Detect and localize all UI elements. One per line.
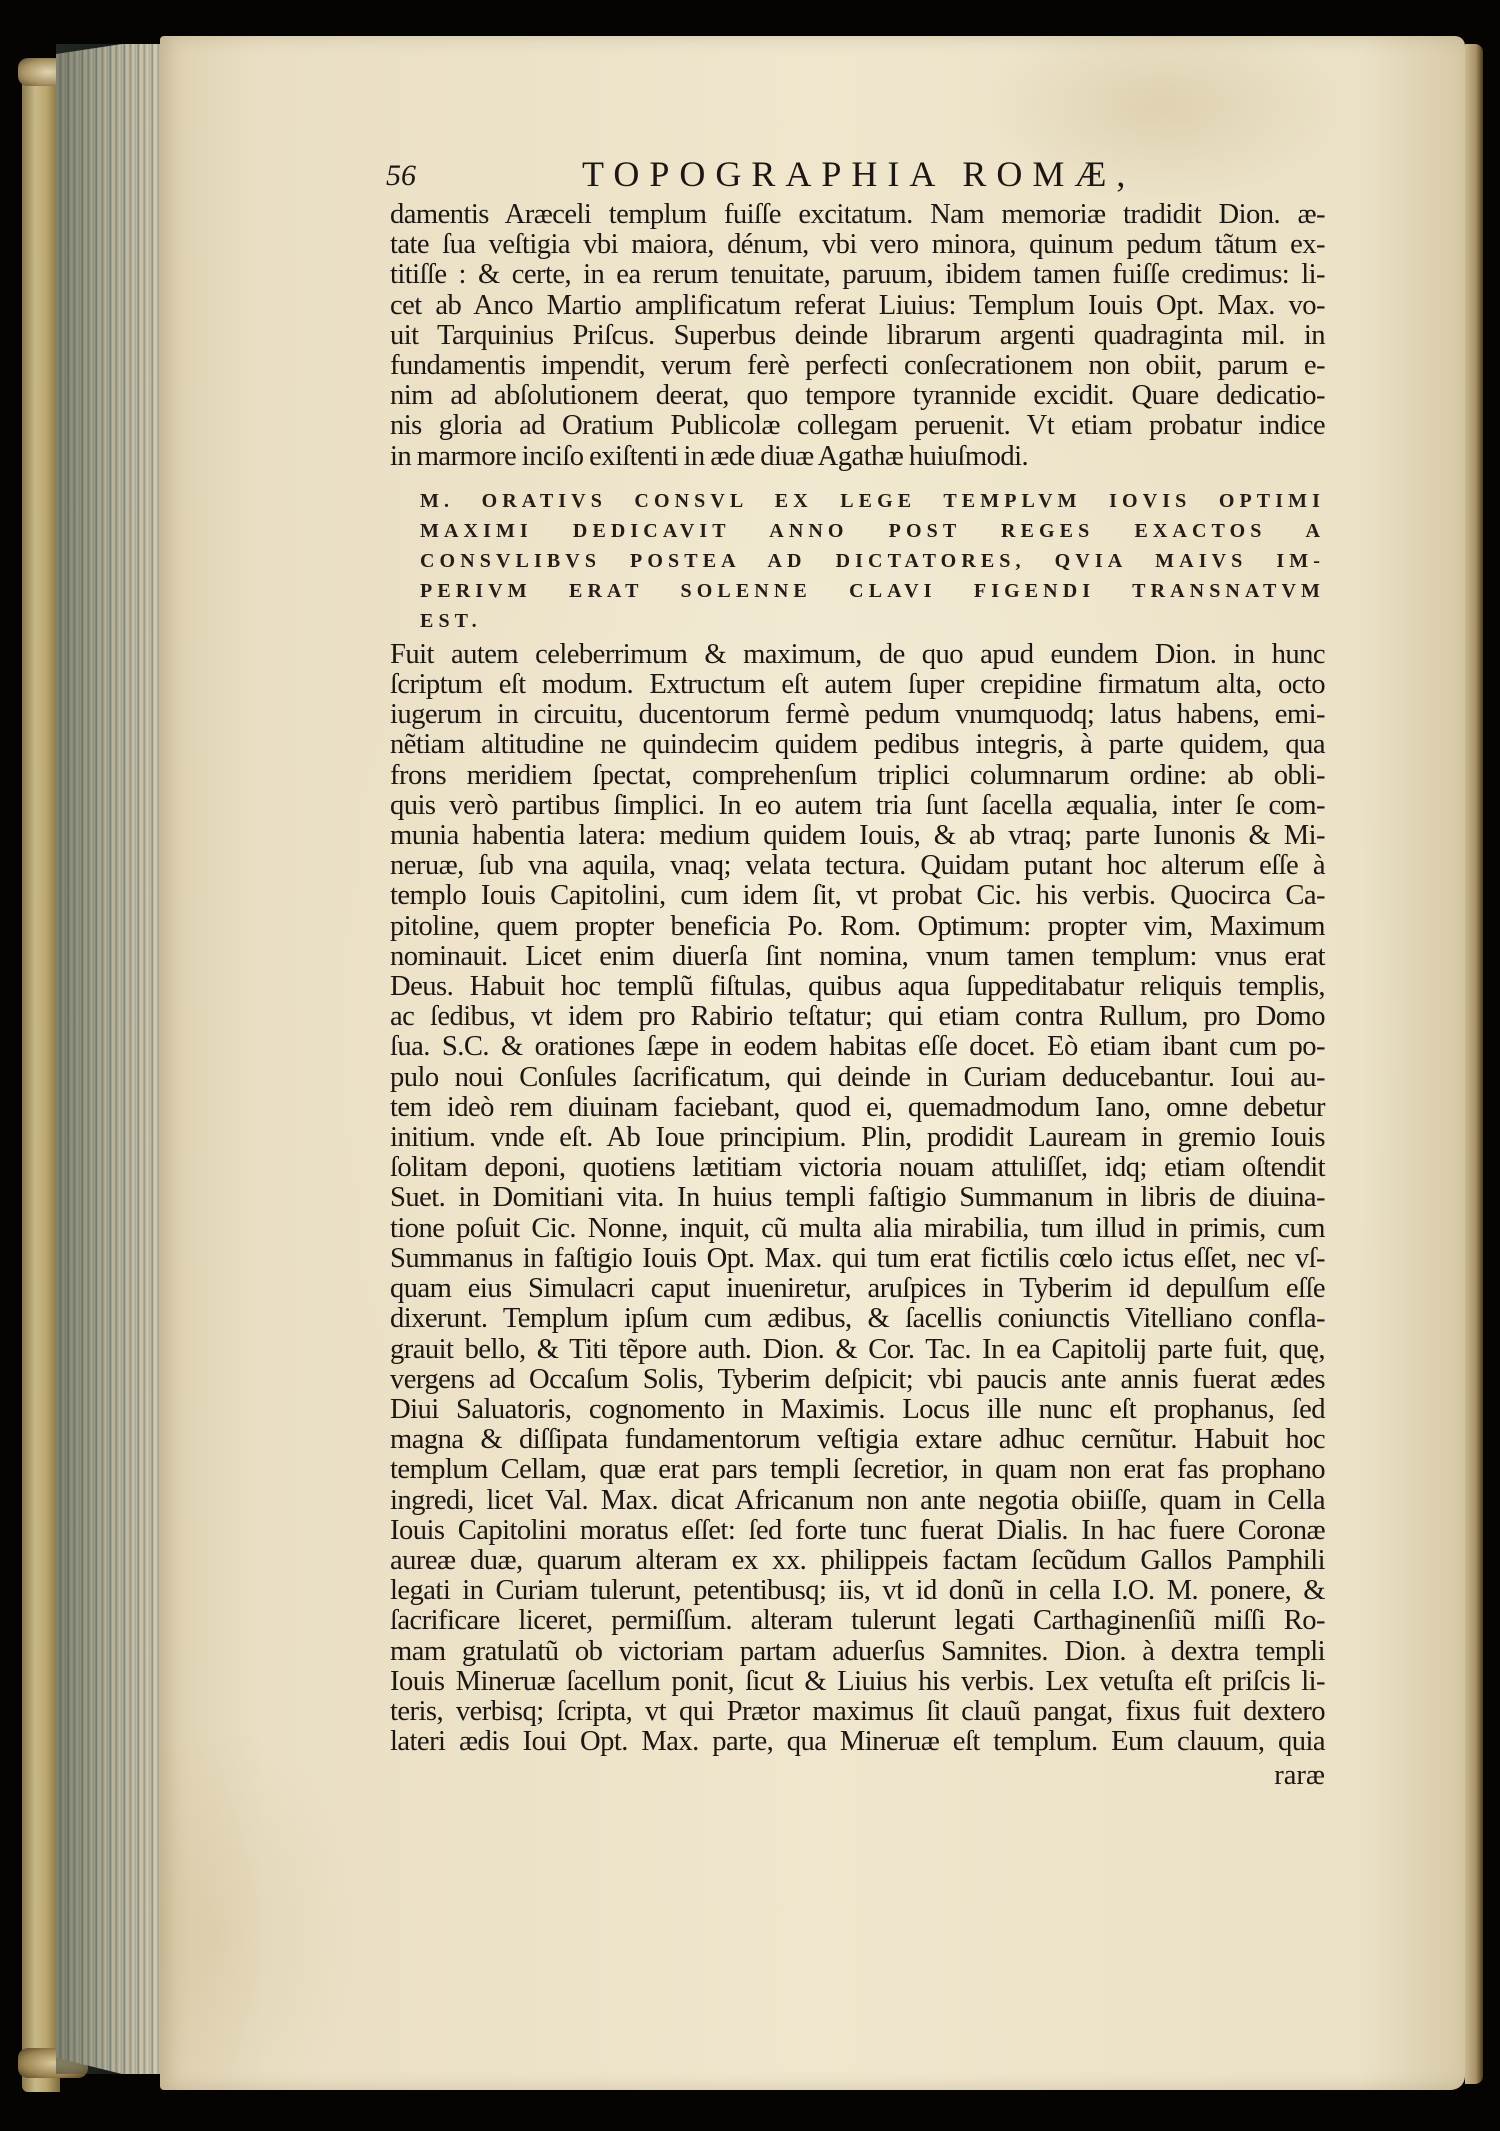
text-line: magna & diſſipata fundamentorum veſtigia…	[390, 1425, 1325, 1455]
text-line: ſua. S.C. & orationes ſæpe in eodem habi…	[390, 1032, 1325, 1062]
text-line: damentis Aræceli templum fuiſſe excitatu…	[390, 200, 1325, 230]
text-line: iugerum in circuitu, ducentorum fermè pe…	[390, 700, 1325, 730]
text-line: titiſſe : & certe, in ea rerum tenuitate…	[390, 260, 1325, 290]
text-line: nominauit. Licet enim diuerſa ſint nomin…	[390, 942, 1325, 972]
text-line: Iouis Capitolini moratus eſſet: ſed fort…	[390, 1516, 1325, 1546]
text-line: vergens ad Occaſum Solis, Tyberim deſpic…	[390, 1365, 1325, 1395]
text-line: nis gloria ad Oratium Publicolæ collegam…	[390, 411, 1325, 441]
text-line: Suet. in Domitiani vita. In huius templi…	[390, 1183, 1325, 1213]
text-line: Summanus in faſtigio Iouis Opt. Max. qui…	[390, 1244, 1325, 1274]
text-line: Diui Saluatoris, cognomento in Maximis. …	[390, 1395, 1325, 1425]
text-line: tate ſua veſtigia vbi maiora, dénum, vbi…	[390, 230, 1325, 260]
text-line: aureæ duæ, quarum alteram ex xx. philipp…	[390, 1546, 1325, 1576]
running-head: 56 TOPOGRAPHIA ROMÆ,	[390, 148, 1325, 200]
text-line: pulo noui Conſules ſacrificatum, qui dei…	[390, 1063, 1325, 1093]
text-line: lateri ædis Ioui Opt. Max. parte, qua Mi…	[390, 1727, 1325, 1757]
text-line: tem ideò rem diuinam faciebant, quod ei,…	[390, 1093, 1325, 1123]
page-edges-stack	[56, 44, 166, 2074]
inscription-line: M. ORATIVS CONSVL EX LEGE TEMPLVM IOVIS …	[420, 486, 1325, 516]
text-line: Iouis Mineruæ ſacellum ponit, ſicut & Li…	[390, 1667, 1325, 1697]
catchword: raræ	[390, 1759, 1325, 1793]
text-line: nim ad abſolutionem deerat, quo tempore …	[390, 381, 1325, 411]
text-line: ſcriptum eſt modum. Extructum eſt autem …	[390, 670, 1325, 700]
text-line: templum Cellam, quæ erat pars templi ſec…	[390, 1455, 1325, 1485]
text-line: pitoline, quem propter beneficia Po. Rom…	[390, 912, 1325, 942]
running-title: TOPOGRAPHIA ROMÆ,	[582, 148, 1135, 200]
page-right-edge	[1465, 44, 1483, 2084]
inscription-line: MAXIMI DEDICAVIT ANNO POST REGES EXACTOS…	[420, 516, 1325, 546]
text-line: templo Iouis Capitolini, cum idem ſit, v…	[390, 881, 1325, 911]
text-line: legati in Curiam tulerunt, petentibusq; …	[390, 1576, 1325, 1606]
inscription-line: PERIVM ERAT SOLENNE CLAVI FIGENDI TRANSN…	[420, 576, 1325, 606]
text-line: Fuit autem celeberrimum & maximum, de qu…	[390, 640, 1325, 670]
text-line: ac ſedibus, vt idem pro Rabirio teſtatur…	[390, 1002, 1325, 1032]
text-line: teris, verbisq; ſcripta, vt qui Prætor m…	[390, 1697, 1325, 1727]
text-line: in marmore inciſo exiſtenti in æde diuæ …	[390, 442, 1325, 472]
text-line: grauit bello, & Titi tẽpore auth. Dion. …	[390, 1335, 1325, 1365]
text-line: munia habentia latera: medium quidem Iou…	[390, 821, 1325, 851]
text-line: initium. vnde eſt. Ab Ioue principium. P…	[390, 1123, 1325, 1153]
paragraph-1: damentis Aræceli templum fuiſſe excitatu…	[390, 200, 1325, 472]
text-line: dixerunt. Templum ipſum cum ædibus, & ſa…	[390, 1304, 1325, 1334]
text-line: nẽtiam altitudine ne quindecim quidem pe…	[390, 730, 1325, 760]
text-line: cet ab Anco Martio amplificatum referat …	[390, 291, 1325, 321]
vellum-binding-spine	[22, 62, 60, 2092]
text-line: quam eius Simulacri caput inueniretur, a…	[390, 1274, 1325, 1304]
inscription-block: M. ORATIVS CONSVL EX LEGE TEMPLVM IOVIS …	[420, 486, 1325, 636]
text-line: tione poſuit Cic. Nonne, inquit, cũ mult…	[390, 1214, 1325, 1244]
text-line: mam gratulatũ ob victoriam partam aduerſ…	[390, 1637, 1325, 1667]
text-line: ſacrificare liceret, permiſſum. alteram …	[390, 1606, 1325, 1636]
text-line: ſolitam deponi, quotiens lætitiam victor…	[390, 1153, 1325, 1183]
inscription-line: CONSVLIBVS POSTEA AD DICTATORES, QVIA MA…	[420, 546, 1325, 576]
text-line: fundamentis impendit, verum ferè perfect…	[390, 351, 1325, 381]
inscription-line: EST.	[420, 606, 1325, 636]
page-number: 56	[386, 150, 416, 202]
text-line: Deus. Habuit hoc templũ fiſtulas, quibus…	[390, 972, 1325, 1002]
text-line: quis verò partibus ſimplici. In eo autem…	[390, 791, 1325, 821]
text-line: neruæ, ſub vna aquila, vnaq; velata tect…	[390, 851, 1325, 881]
text-line: ingredi, licet Val. Max. dicat Africanum…	[390, 1486, 1325, 1516]
text-line: frons meridiem ſpectat, comprehenſum tri…	[390, 761, 1325, 791]
text-block: 56 TOPOGRAPHIA ROMÆ, damentis Aræceli te…	[390, 148, 1325, 1793]
paragraph-2: Fuit autem celeberrimum & maximum, de qu…	[390, 640, 1325, 1758]
text-line: uit Tarquinius Priſcus. Superbus deinde …	[390, 321, 1325, 351]
